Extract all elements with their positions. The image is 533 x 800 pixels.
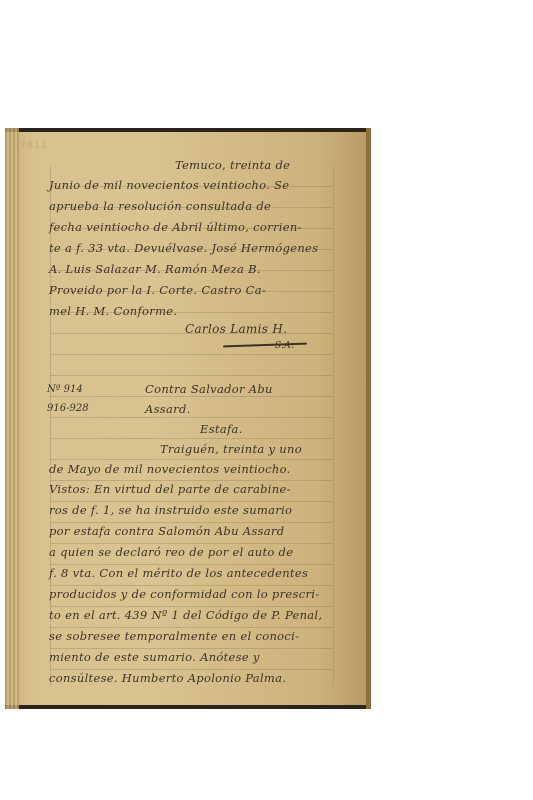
scan-overlay bbox=[5, 128, 371, 709]
